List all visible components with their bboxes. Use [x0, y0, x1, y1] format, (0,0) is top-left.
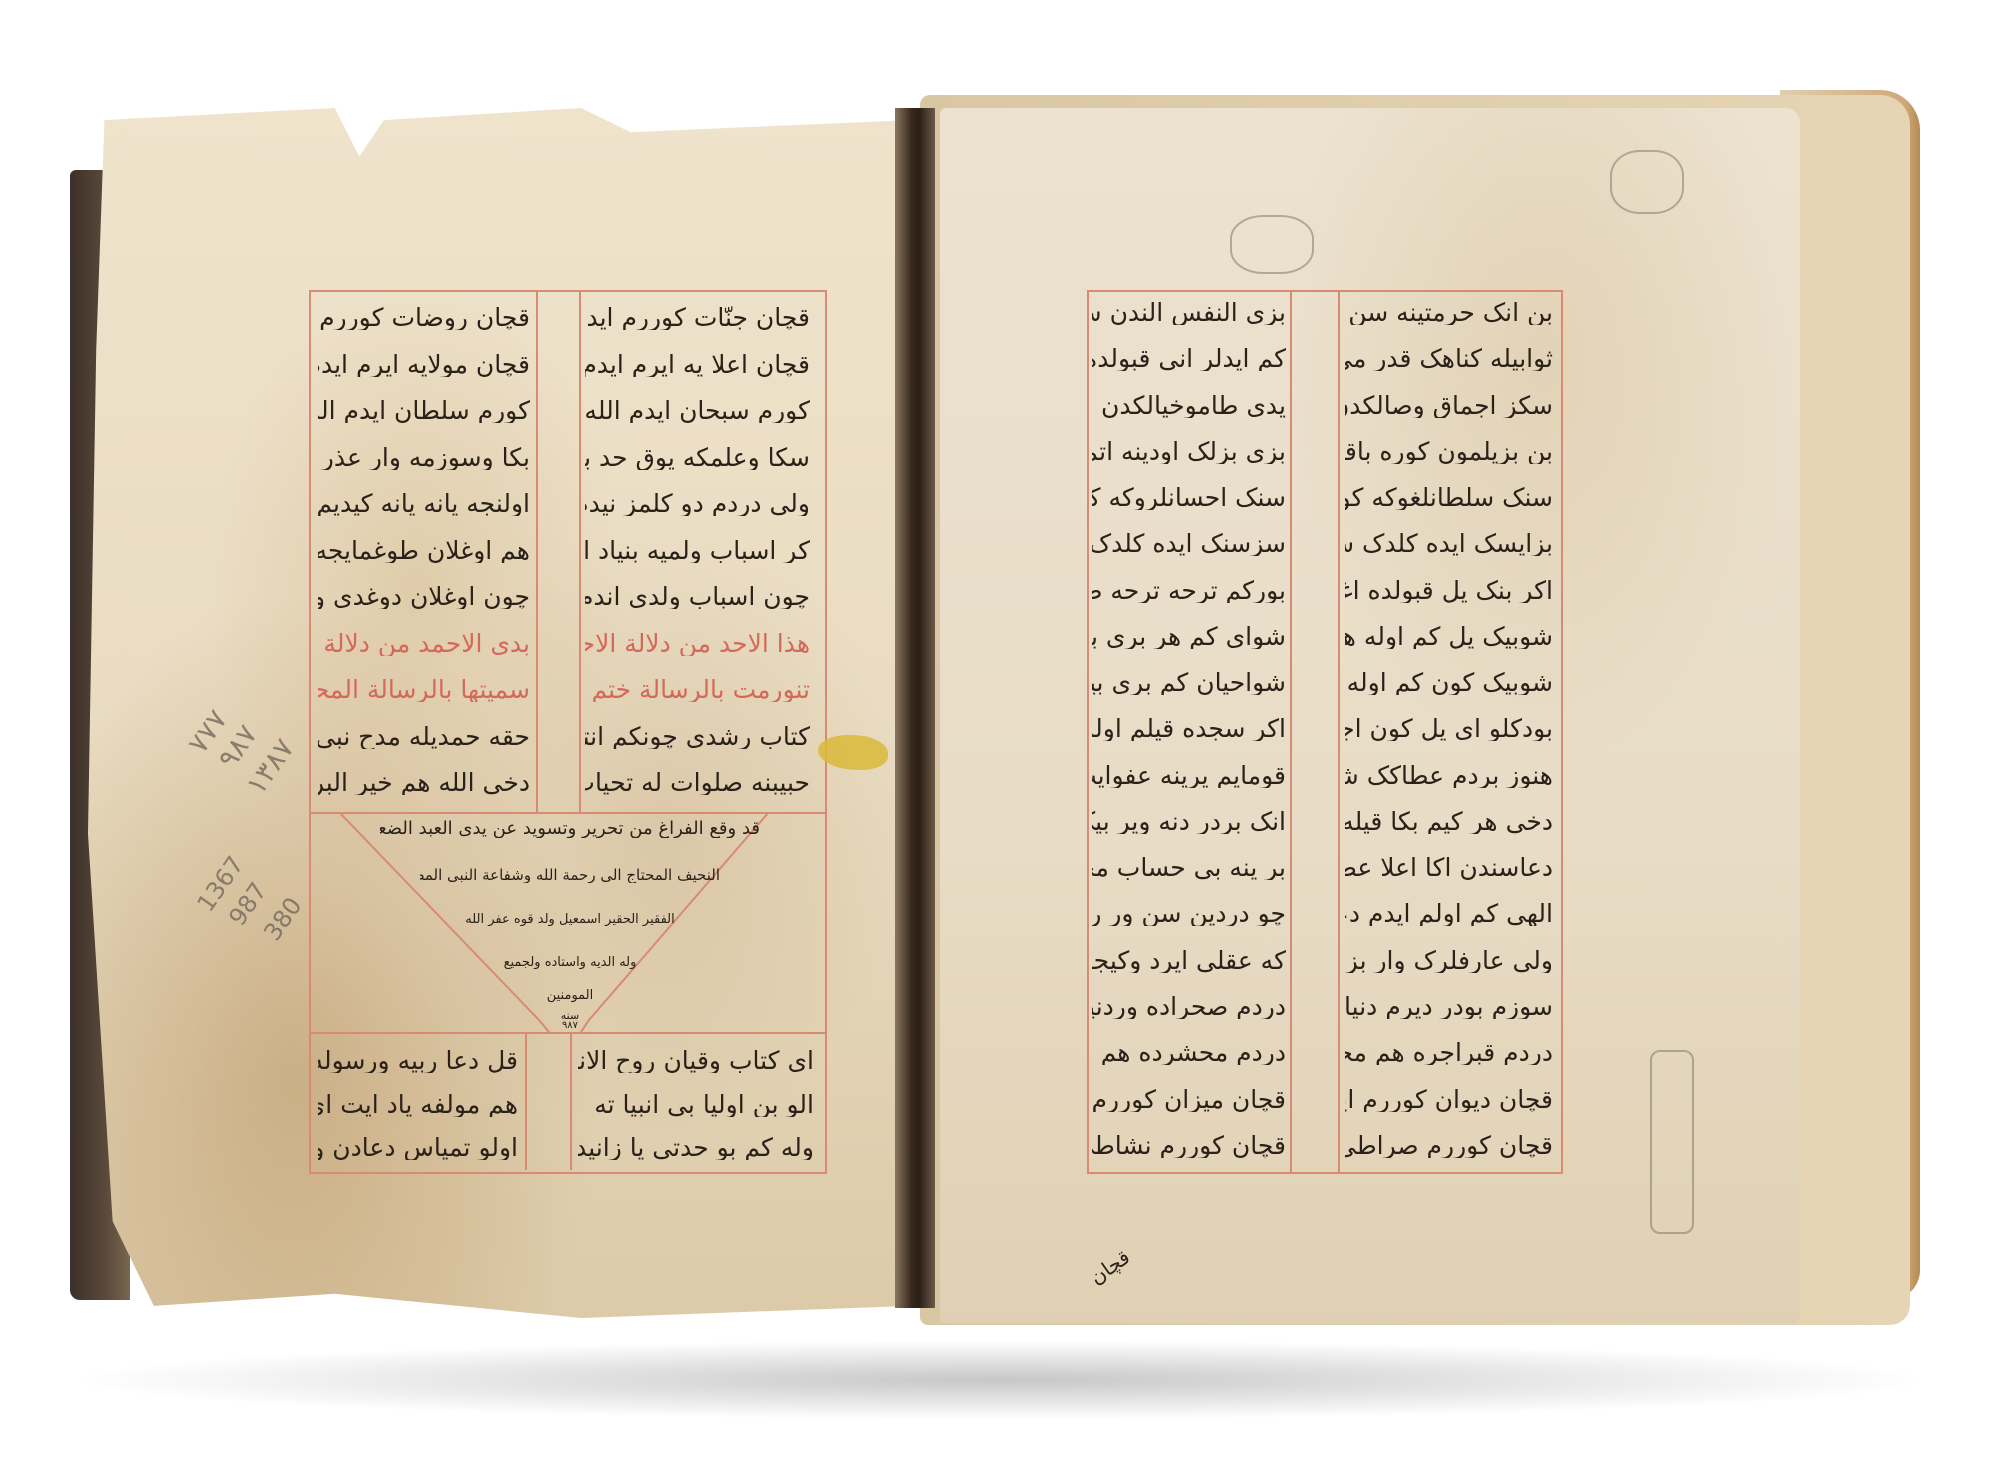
verse-line: بن انک حرمتینه سن قبول ایت [1345, 300, 1553, 325]
verse-line: شوای کم هر بری بک کونه هتای [1092, 624, 1286, 649]
verse-line: قچان کوررم صراطی ایدم الله [1345, 1133, 1553, 1158]
left-page-column-divider-a [536, 292, 538, 812]
verse-line: دخی الله هم خیر البریات [318, 770, 530, 795]
verse-line: سوزم بودر دیرم دنیاده الله [1345, 994, 1553, 1019]
verse-line: سکز اجماق وصالکدن نشانه [1345, 393, 1553, 418]
colophon-line: سنه [380, 1010, 760, 1021]
verse-line: ثوابیله کناهک قدر می وار [1345, 346, 1553, 371]
verse-line: بر ینه بی حساب محو خطا قل [1092, 855, 1286, 880]
verse-line: اولنجه یانه یانه کیدیم آه [318, 491, 530, 516]
verse-line: بودکلو ای یل کون اجره یا رب [1345, 716, 1553, 741]
verse-line: قچان کوررم نشاطی ایدم الله [1092, 1133, 1286, 1158]
verse-line: کتاب رشدی چونکم انتهایه [585, 724, 810, 749]
verse-line: کورم سبحان ایدم الله الله [585, 398, 810, 423]
verse-line: شوبیک یل کم اوله هر بیلی بک ایلی [1345, 624, 1553, 649]
rubric-line: بدی الاحمد من دلالة الاحدیة [318, 631, 530, 656]
verse-line: کورم سلطان ایدم الله الله [318, 398, 530, 423]
rubric-line: تنورمت بالرسالة ختم الرسالة [585, 677, 810, 702]
right-page-column-divider-a [1290, 292, 1292, 1172]
colophon-line: وله الدیه واستاده ولجمیع [500, 956, 640, 969]
verse-line: کم ایدلر انی قبولده کفتار [1092, 346, 1286, 371]
verse-line: قچان اعلا یه ایرم ایدم الله [585, 352, 810, 377]
verse-line: قچان روضات کوررم ایدم الله [318, 305, 530, 330]
verse-line: وله کم بو حدتی یا زانیده هم [578, 1135, 814, 1160]
left-page-bottom-divider-b [570, 1034, 572, 1170]
verse-line: دردم محشرده هم منشرده الله [1092, 1040, 1286, 1065]
verse-line: سکا وعلمکه یوق حد بایان [585, 445, 810, 470]
verse-line: که عقلی ایرد وکیجه سیلر انی [1092, 948, 1286, 973]
verse-line: قل دعا ربیه ورسوله هم [318, 1048, 518, 1073]
book-spine [895, 108, 935, 1308]
rubric-line: سمیتها بالرسالة المحمدیة [318, 677, 530, 702]
verse-line: انک بردر دنه ویر بیک دوایی [1092, 809, 1286, 834]
verse-line: سنک سلطانلغوکه کوره فضل ایت [1345, 485, 1553, 510]
verse-line: حبیبنه صلوات له تحیات [585, 770, 810, 795]
verse-line: ولی دردم دو کلمز نیدم آه [585, 491, 810, 516]
verse-line: بکا وسوزمه وار عذر و بایان [318, 445, 530, 470]
verse-line: یدی طاموخیالکدن زبانه [1092, 393, 1286, 418]
book-shadow [60, 1340, 1940, 1420]
verse-line: قومایم یرینه عفوایت بنی سن [1092, 763, 1286, 788]
verse-line: کر اسباب ولمیه بنیاد اولمز [585, 538, 810, 563]
right-page-left-column: بزی النفس الندن سن قبول ایت کم ایدلر انی… [1092, 300, 1286, 1158]
verse-line: بن بزیلمون کوره باقمه [1345, 439, 1553, 464]
right-page-right-column: بن انک حرمتینه سن قبول ایت ثوابیله کناهک… [1345, 300, 1553, 1158]
verse-line: قچان میزان کوررم دیرم الله [1092, 1087, 1286, 1112]
verse-line: دردم قبراجره هم محشرده الله [1345, 1040, 1553, 1065]
pencil-scribble [1650, 1050, 1694, 1234]
verse-line: شوبیک کون کم اوله هر کون بیداخان [1345, 670, 1553, 695]
verse-line: ای کتاب وقیان روح الانام [578, 1048, 814, 1073]
verse-line: ولی عارفلرک وار بز بیانی [1345, 948, 1553, 973]
colophon-line: النحیف المحتاج الی رحمة الله وشفاعة النب… [420, 868, 720, 883]
verse-line: چون اوغلان دوغدی ویردم برکون اد [318, 584, 530, 609]
pencil-scribble [1230, 215, 1314, 274]
verse-line: قچان جنّات کوررم ایدم الله [585, 305, 810, 330]
verse-line: چو دردین سن ور رسن هم دوا سن [1092, 901, 1286, 926]
verse-line: بزی النفس الندن سن قبول ایت [1092, 300, 1286, 325]
verse-line: سزسنک ایده کلدک عفو احسان [1092, 531, 1286, 556]
verse-line: اولو تمیاس دعادن والسلام [318, 1135, 518, 1160]
left-page-right-column: قچان جنّات کوررم ایدم الله قچان اعلا یه … [585, 305, 810, 795]
left-page-column-divider-b [579, 292, 581, 812]
verse-line: هم اوغلان طوغمایجه اد اولمز [318, 538, 530, 563]
verse-line: دردم صحراده وردنیا ده الله [1092, 994, 1286, 1019]
colophon-line: الفقیر الحقیر اسمعیل ولد قوه عفر الله [460, 913, 680, 926]
colophon-date: ٩٨٧ [380, 1021, 760, 1031]
verse-line: اکر سجده قیلم اولم مقرب [1092, 716, 1286, 741]
verse-line: هنوز بردم عطاکک شکری بن [1345, 763, 1553, 788]
rubric-line: هذا الاحد من دلالة الاحمدیة [585, 631, 810, 656]
verse-line: الهی کم اولم ایدم دعا بن [1345, 901, 1553, 926]
verse-line: بزی بزلک اودینه اتمه یاقمه [1092, 439, 1286, 464]
verse-line: چون اسباب ولدی اندم سوزه بنیاد [585, 584, 810, 609]
verse-line: هم مولفه یاد ایت ای همام [318, 1092, 518, 1117]
verse-line: بزایسک ایده کلدک سهو عصیان [1345, 531, 1553, 556]
verse-line: قچان دیوان کوررم ایدم الله [1345, 1087, 1553, 1112]
verse-line: اکر بنک یل قبولده اغلریسم [1345, 578, 1553, 603]
left-page-bottom-divider-a [525, 1034, 527, 1170]
verse-line: دخی هر کیم بکا قیله دعایی [1345, 809, 1553, 834]
left-page-bottom-left-column: قل دعا ربیه ورسوله هم هم مولفه یاد ایت ا… [318, 1048, 518, 1160]
right-page-column-divider-b [1338, 292, 1340, 1172]
colophon-line: قد وقع الفراغ من تحریر وتسوید عن یدی الع… [380, 820, 760, 838]
pencil-scribble [1610, 150, 1684, 214]
verse-line: دعاسندن اکا اعلا عطا قل [1345, 855, 1553, 880]
verse-line: الو بن اولیا بی انبیا ته [578, 1092, 814, 1117]
left-page-bottom-right-column: ای کتاب وقیان روح الانام الو بن اولیا بی… [578, 1048, 814, 1160]
verse-line: حقه حمدیله مدح نبی نهایه [318, 724, 530, 749]
colophon-line: المومنین [380, 989, 760, 1002]
verse-line: بورکم ترحه ترحه طغلو ریسم [1092, 578, 1286, 603]
verse-line: سنک احسانلروکه کوره بذل ایت [1092, 485, 1286, 510]
verse-line: شواحیان کم بری بیک یلجه ازمان [1092, 670, 1286, 695]
colophon: قد وقع الفراغ من تحریر وتسوید عن یدی الع… [380, 820, 760, 1031]
verse-line: قچان مولایه ایرم ایدم الله [318, 352, 530, 377]
left-page-left-column: قچان روضات کوررم ایدم الله قچان مولایه ا… [318, 305, 530, 795]
